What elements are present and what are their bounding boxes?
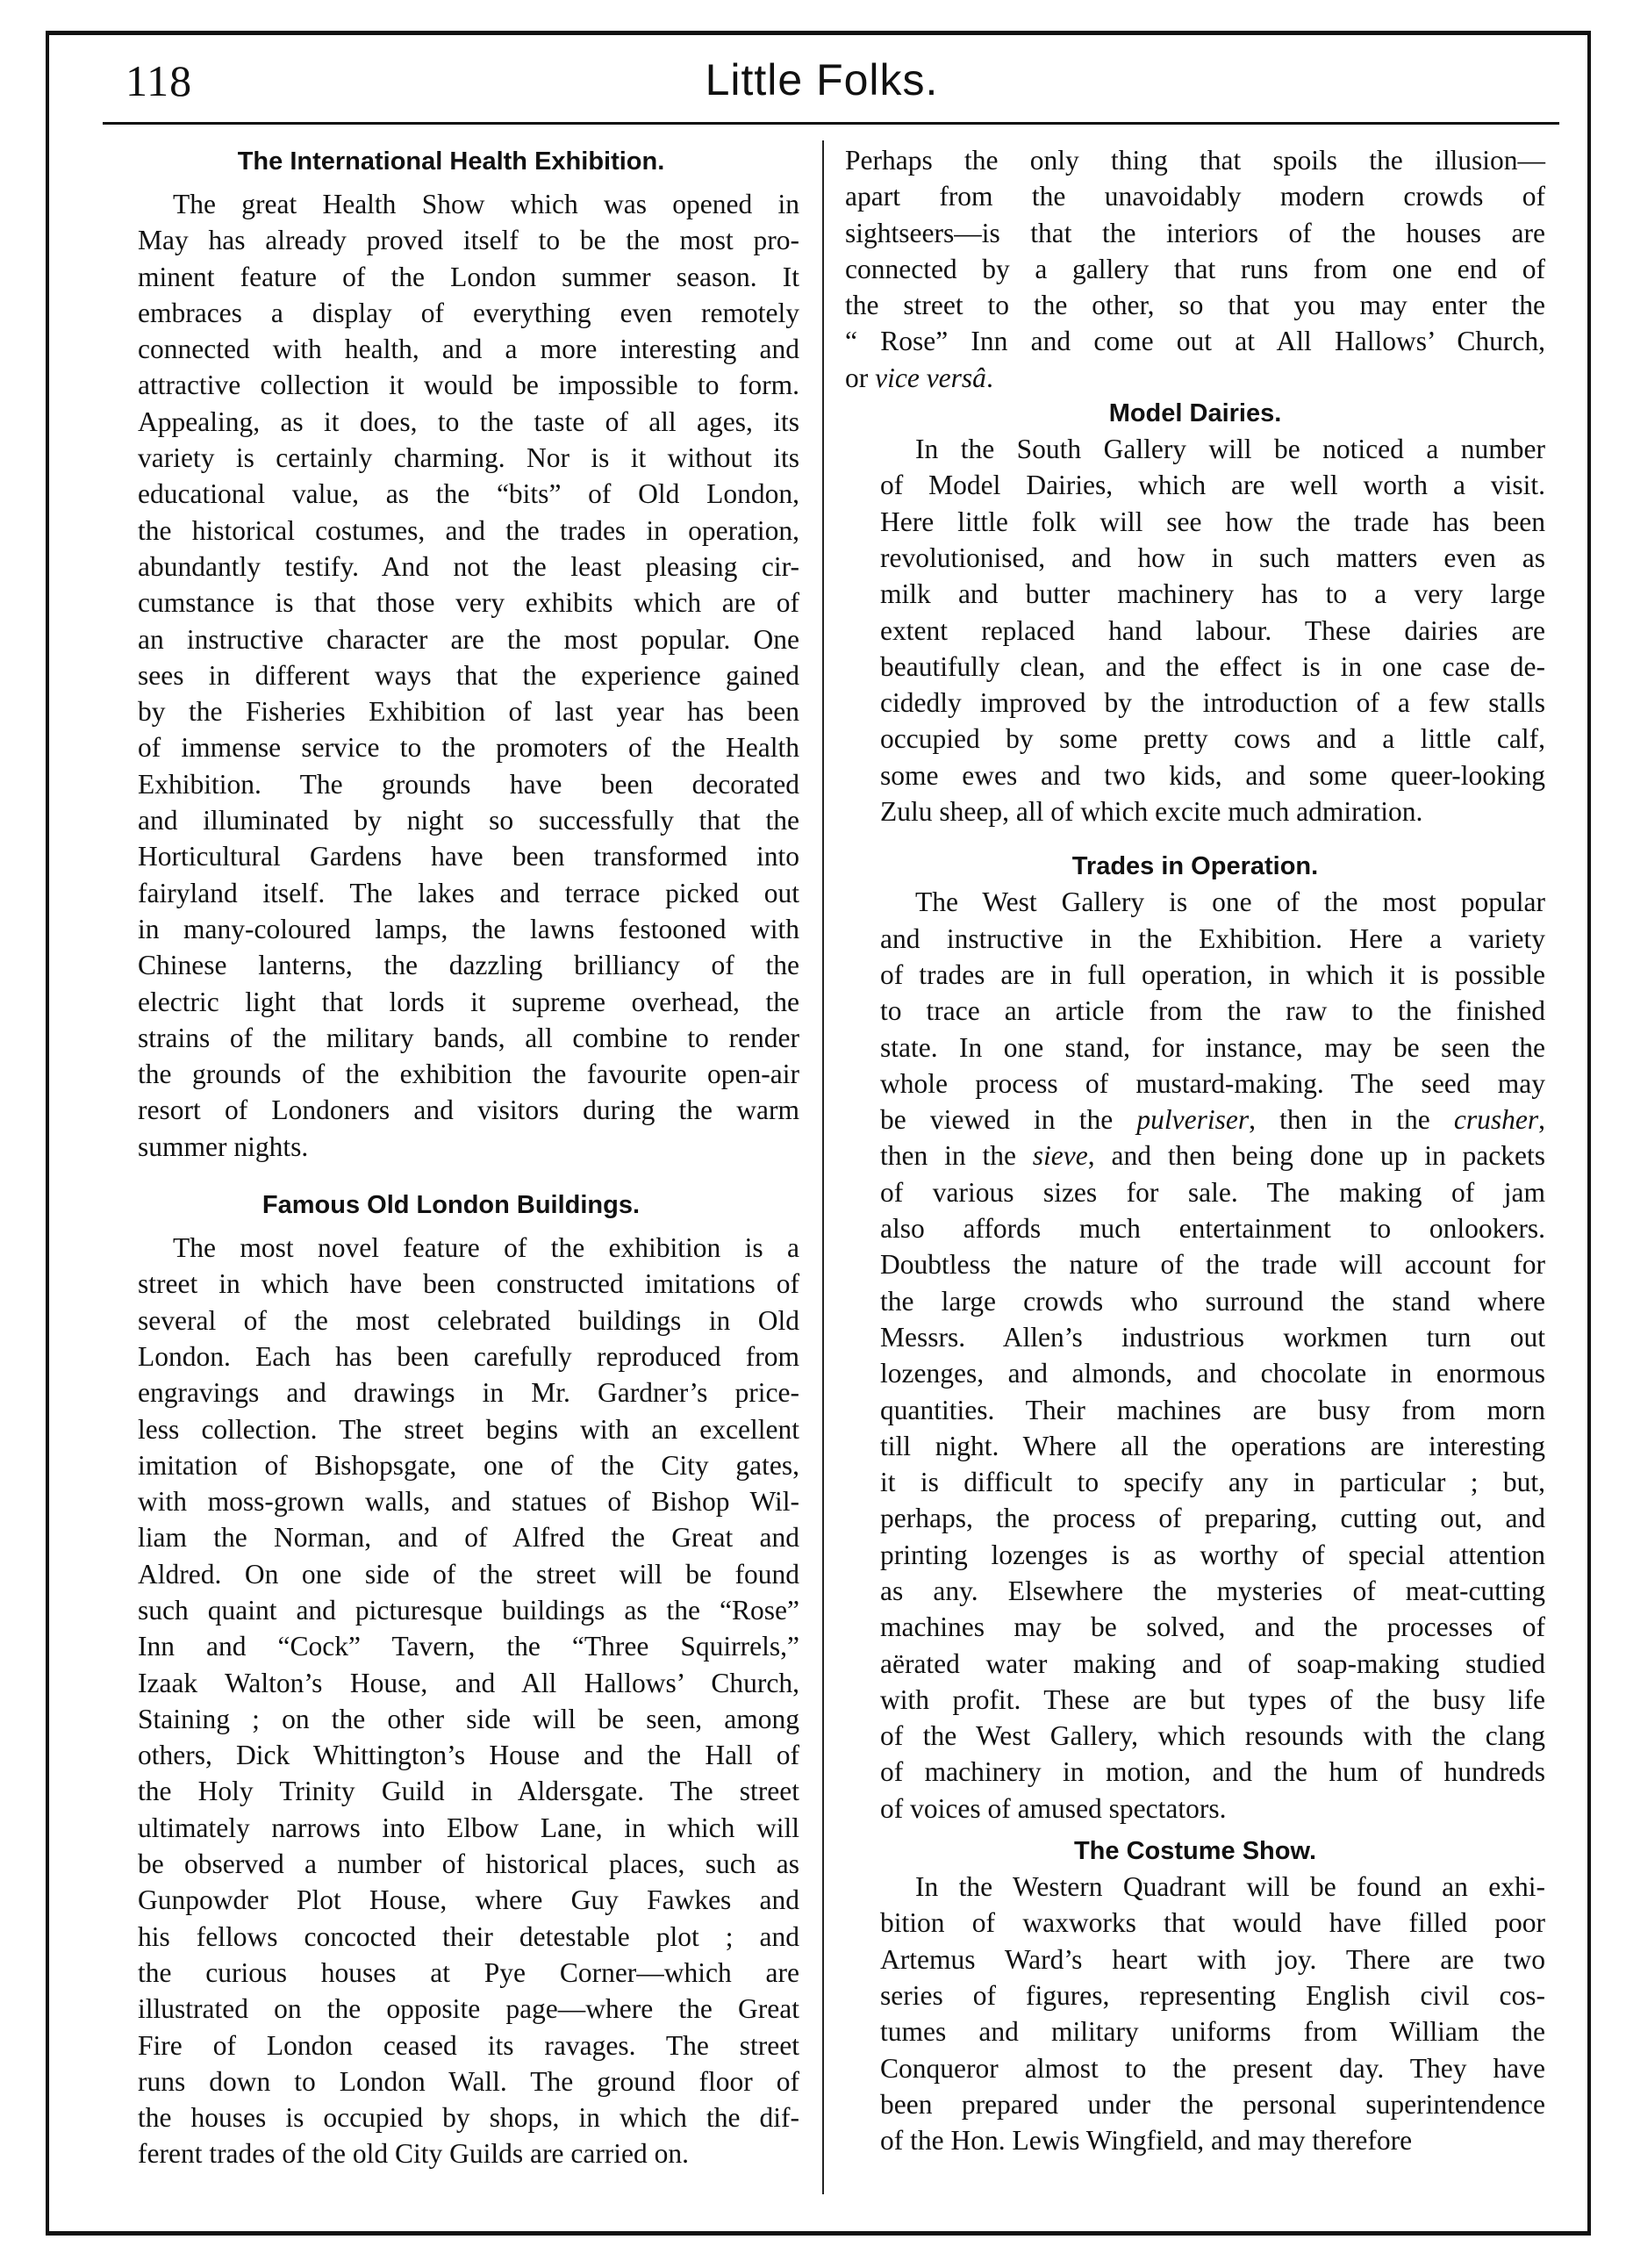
text-line: perhaps, the process of preparing, cutti… (845, 1500, 1545, 1536)
section-heading-costume-show: The Costume Show. (845, 1834, 1545, 1869)
text-line: ultimately narrows into Elbow Lane, in w… (103, 1810, 799, 1846)
text-line: Artemus Ward’s heart with joy. There are… (845, 1941, 1545, 1977)
text-line: Here little folk will see how the trade … (845, 504, 1545, 540)
text-line: such quaint and picturesque buildings as… (103, 1592, 799, 1628)
paragraph-costume-show: In the Western Quadrant will be found an… (845, 1869, 1545, 2158)
section-heading-model-dairies: Model Dairies. (845, 396, 1545, 431)
text-line: Fire of London ceased its ravages. The s… (103, 2028, 799, 2063)
text-line: In the Western Quadrant will be found an… (845, 1869, 1545, 1905)
text-line: engravings and drawings in Mr. Gardner’s… (103, 1374, 799, 1410)
text-line: also affords much entertainment to onloo… (845, 1210, 1545, 1246)
section-heading-health-exhibition: The International Health Exhibition. (103, 144, 799, 179)
text-line: Doubtless the nature of the trade will a… (845, 1246, 1545, 1282)
text-line: an instructive character are the most po… (103, 621, 799, 657)
text-line: the houses is occupied by shops, in whic… (103, 2099, 799, 2135)
text-line: Aldred. On one side of the street will b… (103, 1556, 799, 1592)
text-line: the historical costumes, and the trades … (103, 513, 799, 549)
text-line: Messrs. Allen’s industrious workmen turn… (845, 1319, 1545, 1355)
text-line: Conqueror almost to the present day. The… (845, 2050, 1545, 2086)
text-line: less collection. The street begins with … (103, 1411, 799, 1447)
text-line: connected with health, and a more intere… (103, 331, 799, 367)
paragraph-old-london-buildings: The most novel feature of the exhibition… (103, 1230, 799, 2172)
text-line: the Holy Trinity Guild in Aldersgate. Th… (103, 1773, 799, 1809)
text-line: sees in different ways that the experien… (103, 657, 799, 693)
text-line: minent feature of the London summer seas… (103, 259, 799, 295)
paragraph-health-exhibition: The great Health Show which was opened i… (103, 186, 799, 1165)
text-line: several of the most celebrated buildings… (103, 1303, 799, 1339)
text-line: aërated water making and of soap-making … (845, 1646, 1545, 1682)
text-line: till night. Where all the operations are… (845, 1428, 1545, 1464)
text-line: of machinery in motion, and the hum of h… (845, 1754, 1545, 1790)
text-line: or vice versâ. (845, 360, 1545, 396)
text-line: of trades are in full operation, in whic… (845, 957, 1545, 993)
paragraph-trades-in-operation: The West Gallery is one of the most popu… (845, 884, 1545, 1827)
text-line: ferent trades of the old City Guilds are… (103, 2135, 799, 2171)
text-line: been prepared under the personal superin… (845, 2086, 1545, 2122)
text-line: the large crowds who surround the stand … (845, 1283, 1545, 1319)
text-line: be viewed in the pulveriser, then in the… (845, 1102, 1545, 1138)
text-line: electric light that lords it supreme ove… (103, 984, 799, 1020)
text-line: of immense service to the promoters of t… (103, 729, 799, 765)
text-line: Gunpowder Plot House, where Guy Fawkes a… (103, 1882, 799, 1918)
section-heading-trades-in-operation: Trades in Operation. (845, 849, 1545, 884)
right-column: Perhaps the only thing that spoils the i… (845, 132, 1545, 2158)
text-line: printing lozenges is as worthy of specia… (845, 1537, 1545, 1573)
text-line: “ Rose” Inn and come out at All Hallows’… (845, 323, 1545, 359)
text-line: it is difficult to specify any in partic… (845, 1464, 1545, 1500)
text-line: runs down to London Wall. The ground flo… (103, 2063, 799, 2099)
text-line: milk and butter machinery has to a very … (845, 576, 1545, 612)
text-line: educational value, as the “bits” of Old … (103, 476, 799, 512)
text-line: embraces a display of everything even re… (103, 295, 799, 331)
text-line: others, Dick Whittington’s House and the… (103, 1737, 799, 1773)
text-line: bition of waxworks that would have fille… (845, 1905, 1545, 1941)
text-line: Exhibition. The grounds have been decora… (103, 766, 799, 802)
text-line: attractive collection it would be imposs… (103, 367, 799, 403)
text-line: Appealing, as it does, to the taste of a… (103, 404, 799, 440)
text-line: Perhaps the only thing that spoils the i… (845, 142, 1545, 178)
text-line: Izaak Walton’s House, and All Hallows’ C… (103, 1665, 799, 1701)
text-line: Inn and “Cock” Tavern, the “Three Squirr… (103, 1628, 799, 1664)
text-line: as any. Elsewhere the mysteries of meat-… (845, 1573, 1545, 1609)
text-line: summer nights. (103, 1129, 799, 1165)
text-line: Zulu sheep, all of which excite much adm… (845, 793, 1545, 829)
text-line: street in which have been constructed im… (103, 1266, 799, 1302)
text-line: of various sizes for sale. The making of… (845, 1174, 1545, 1210)
text-line: abundantly testify. And not the least pl… (103, 549, 799, 585)
text-line: his fellows concocted their detestable p… (103, 1919, 799, 1955)
text-line: May has already proved itself to be the … (103, 222, 799, 258)
text-line: and illuminated by night so successfully… (103, 802, 799, 838)
left-column: The International Health Exhibition. The… (103, 132, 799, 2172)
text-line: cumstance is that those very exhibits wh… (103, 585, 799, 621)
text-line: Chinese lanterns, the dazzling brillianc… (103, 947, 799, 983)
text-line: liam the Norman, and of Alfred the Great… (103, 1519, 799, 1555)
text-line: strains of the military bands, all combi… (103, 1020, 799, 1056)
text-line: machines may be solved, and the processe… (845, 1609, 1545, 1645)
text-line: to trace an article from the raw to the … (845, 993, 1545, 1029)
text-line: illustrated on the opposite page—where t… (103, 1991, 799, 2027)
text-line: by the Fisheries Exhibition of last year… (103, 693, 799, 729)
text-line: state. In one stand, for instance, may b… (845, 1030, 1545, 1066)
text-line: some ewes and two kids, and some queer-l… (845, 757, 1545, 793)
text-line: in many-coloured lamps, the lawns festoo… (103, 911, 799, 947)
text-line: apart from the unavoidably modern crowds… (845, 178, 1545, 214)
text-line: of the Hon. Lewis Wingfield, and may the… (845, 2122, 1545, 2158)
text-line: whole process of mustard-making. The see… (845, 1066, 1545, 1102)
text-line: occupied by some pretty cows and a littl… (845, 721, 1545, 757)
text-line: The most novel feature of the exhibition… (103, 1230, 799, 1266)
text-line: series of figures, representing English … (845, 1977, 1545, 2013)
text-line: then in the sieve, and then being done u… (845, 1138, 1545, 1173)
text-line: the grounds of the exhibition the favour… (103, 1056, 799, 1092)
text-line: of Model Dairies, which are well worth a… (845, 467, 1545, 503)
text-line: The great Health Show which was opened i… (103, 186, 799, 222)
text-line: variety is certainly charming. Nor is it… (103, 440, 799, 476)
running-title: Little Folks. (0, 53, 1626, 107)
text-line: sightseers—is that the interiors of the … (845, 215, 1545, 251)
text-line: and instructive in the Exhibition. Here … (845, 921, 1545, 957)
section-heading-old-london-buildings: Famous Old London Buildings. (103, 1188, 799, 1223)
text-line: extent replaced hand labour. These dairi… (845, 613, 1545, 649)
text-line: be observed a number of historical place… (103, 1846, 799, 1882)
text-line: the curious houses at Pye Corner—which a… (103, 1955, 799, 1991)
text-line: cidedly improved by the introduction of … (845, 685, 1545, 721)
text-line: fairyland itself. The lakes and terrace … (103, 875, 799, 911)
text-line: London. Each has been carefully reproduc… (103, 1339, 799, 1374)
text-line: with profit. These are but types of the … (845, 1682, 1545, 1718)
text-line: The West Gallery is one of the most popu… (845, 884, 1545, 920)
text-line: connected by a gallery that runs from on… (845, 251, 1545, 287)
text-line: revolutionised, and how in such matters … (845, 540, 1545, 576)
text-line: beautifully clean, and the effect is in … (845, 649, 1545, 685)
text-line: In the South Gallery will be noticed a n… (845, 431, 1545, 467)
text-line: of voices of amused spectators. (845, 1791, 1545, 1827)
text-line: of the West Gallery, which resounds with… (845, 1718, 1545, 1754)
text-line: resort of Londoners and visitors during … (103, 1092, 799, 1128)
text-line: the street to the other, so that you may… (845, 287, 1545, 323)
paragraph-model-dairies: In the South Gallery will be noticed a n… (845, 431, 1545, 829)
text-line: with moss-grown walls, and statues of Bi… (103, 1483, 799, 1519)
column-divider (822, 140, 824, 2194)
text-line: Horticultural Gardens have been transfor… (103, 838, 799, 874)
text-line: tumes and military uniforms from William… (845, 2013, 1545, 2049)
header-rule (103, 122, 1559, 125)
text-line: Staining ; on the other side will be see… (103, 1701, 799, 1737)
text-line: quantities. Their machines are busy from… (845, 1392, 1545, 1428)
text-line: lozenges, and almonds, and chocolate in … (845, 1355, 1545, 1391)
paragraph-illusion: Perhaps the only thing that spoils the i… (845, 142, 1545, 396)
text-line: imitation of Bishopsgate, one of the Cit… (103, 1447, 799, 1483)
